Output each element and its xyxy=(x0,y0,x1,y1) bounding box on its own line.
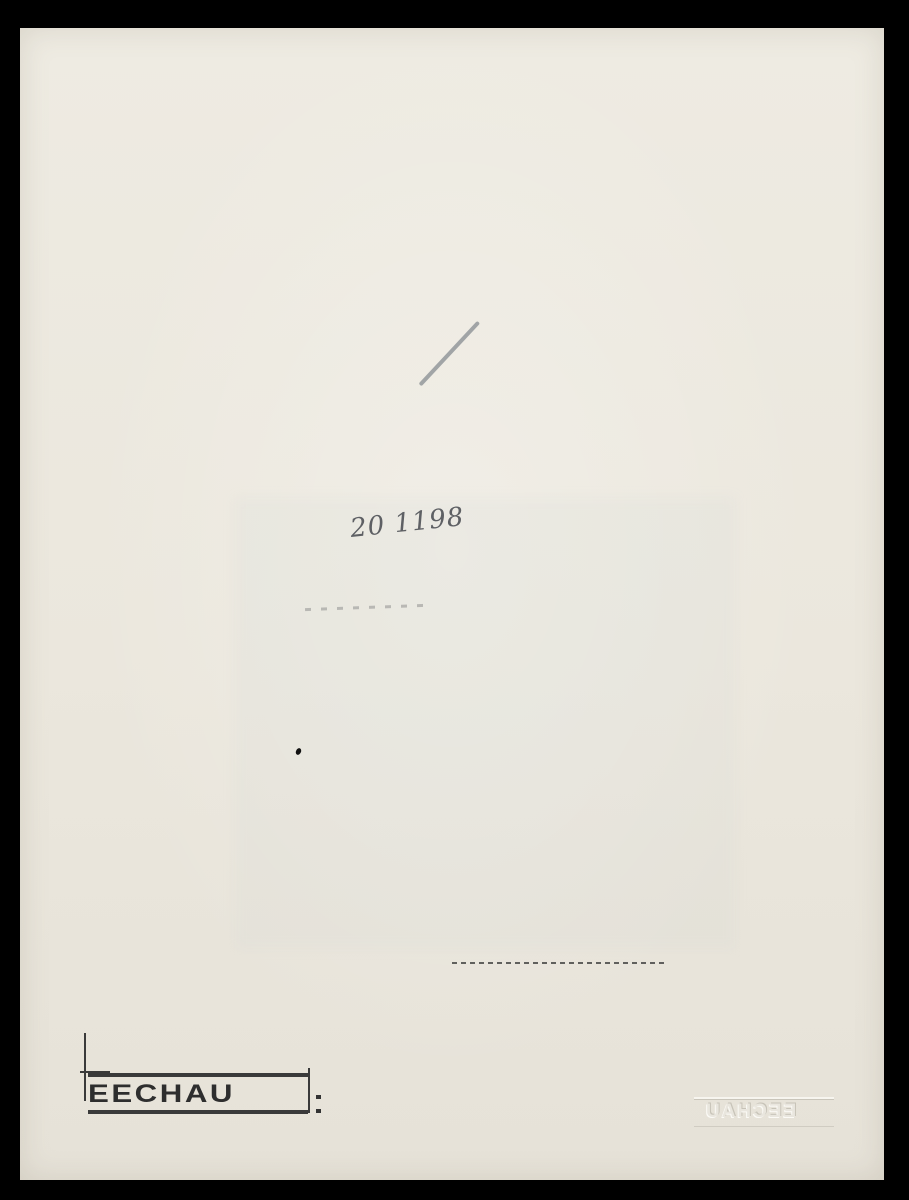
emboss-top-rule xyxy=(694,1097,834,1099)
stamp-left-rule xyxy=(84,1033,86,1101)
pencil-stroke-mark xyxy=(419,321,481,387)
stamp-top-bar xyxy=(88,1073,310,1077)
dotted-ink-line xyxy=(452,962,664,964)
emboss-text: EECHAU xyxy=(704,1101,796,1123)
blind-emboss-stamp: EECHAU xyxy=(688,1093,838,1133)
stamp-right-rule xyxy=(308,1068,310,1113)
emboss-bottom-rule xyxy=(694,1126,834,1127)
photographer-stamp: EECHAU xyxy=(82,1033,322,1118)
photo-print-back: 20 1198 xyxy=(20,28,884,1180)
image-show-through xyxy=(235,498,735,948)
stamp-dots xyxy=(316,1095,321,1099)
stamp-text: EECHAU xyxy=(88,1080,235,1109)
stamp-bottom-bar xyxy=(88,1110,308,1114)
